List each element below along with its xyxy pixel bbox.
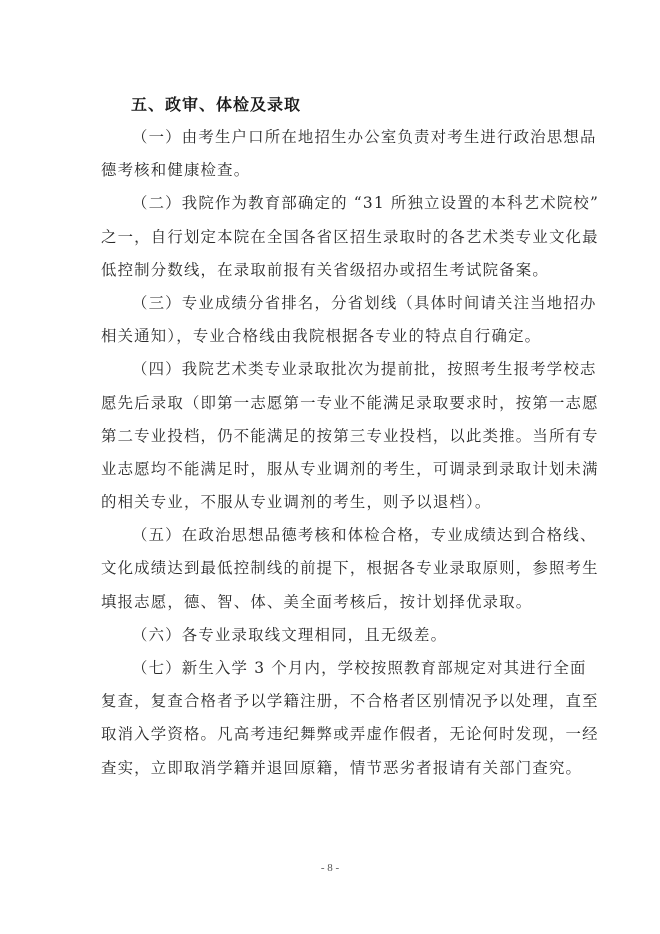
paragraph-line: 的相关专业，不服从专业调剂的考生，则予以退档）。 bbox=[101, 486, 563, 519]
paragraph-line: 业志愿均不能满足时，服从专业调剂的考生，可调录到录取计划未满 bbox=[101, 453, 563, 486]
document-page: 五、政审、体检及录取 （一）由考生户口所在地招生办公室负责对考生进行政治思想品 … bbox=[0, 0, 660, 934]
paragraph-line: （六）各专业录取线文理相同，且无级差。 bbox=[101, 619, 563, 652]
paragraph-6: （六）各专业录取线文理相同，且无级差。 bbox=[101, 619, 563, 652]
paragraph-line: 填报志愿，德、智、体、美全面考核后，按计划择优录取。 bbox=[101, 586, 563, 619]
paragraph-line: 愿先后录取（即第一志愿第一专业不能满足录取要求时，按第一志愿 bbox=[101, 387, 563, 420]
paragraph-1: （一）由考生户口所在地招生办公室负责对考生进行政治思想品 德考核和健康检查。 bbox=[101, 121, 563, 187]
paragraph-line: （七）新生入学 3 个月内，学校按照教育部规定对其进行全面 bbox=[101, 652, 563, 685]
paragraph-line: （五）在政治思想品德考核和体检合格，专业成绩达到合格线、 bbox=[101, 519, 563, 552]
section-heading: 五、政审、体检及录取 bbox=[101, 88, 563, 121]
paragraph-line: 相关通知），专业合格线由我院根据各专业的特点自行确定。 bbox=[101, 320, 563, 353]
paragraph-line: 取消入学资格。凡高考违纪舞弊或弄虚作假者，无论何时发现，一经 bbox=[101, 718, 563, 751]
paragraph-line: 之一，自行划定本院在全国各省区招生录取时的各艺术类专业文化最 bbox=[101, 221, 563, 254]
paragraph-line: （一）由考生户口所在地招生办公室负责对考生进行政治思想品 bbox=[101, 121, 563, 154]
document-body: 五、政审、体检及录取 （一）由考生户口所在地招生办公室负责对考生进行政治思想品 … bbox=[101, 88, 563, 785]
paragraph-5: （五）在政治思想品德考核和体检合格，专业成绩达到合格线、 文化成绩达到最低控制线… bbox=[101, 519, 563, 619]
paragraph-line: （四）我院艺术类专业录取批次为提前批，按照考生报考学校志 bbox=[101, 353, 563, 386]
paragraph-4: （四）我院艺术类专业录取批次为提前批，按照考生报考学校志 愿先后录取（即第一志愿… bbox=[101, 353, 563, 519]
paragraph-line: 低控制分数线，在录取前报有关省级招办或招生考试院备案。 bbox=[101, 254, 563, 287]
paragraph-line: 文化成绩达到最低控制线的前提下，根据各专业录取原则，参照考生 bbox=[101, 552, 563, 585]
paragraph-7: （七）新生入学 3 个月内，学校按照教育部规定对其进行全面 复查，复查合格者予以… bbox=[101, 652, 563, 785]
paragraph-3: （三）专业成绩分省排名，分省划线（具体时间请关注当地招办 相关通知），专业合格线… bbox=[101, 287, 563, 353]
paragraph-line: 复查，复查合格者予以学籍注册，不合格者区别情况予以处理，直至 bbox=[101, 685, 563, 718]
paragraph-line: 查实，立即取消学籍并退回原籍，情节恶劣者报请有关部门查究。 bbox=[101, 752, 563, 785]
paragraph-line: （二）我院作为教育部确定的 “31 所独立设置的本科艺术院校” bbox=[101, 187, 563, 220]
paragraph-2: （二）我院作为教育部确定的 “31 所独立设置的本科艺术院校” 之一，自行划定本… bbox=[101, 187, 563, 287]
paragraph-line: （三）专业成绩分省排名，分省划线（具体时间请关注当地招办 bbox=[101, 287, 563, 320]
page-number: - 8 - bbox=[0, 862, 660, 874]
paragraph-line: 德考核和健康检查。 bbox=[101, 154, 563, 187]
paragraph-line: 第二专业投档，仍不能满足的按第三专业投档，以此类推。当所有专 bbox=[101, 420, 563, 453]
